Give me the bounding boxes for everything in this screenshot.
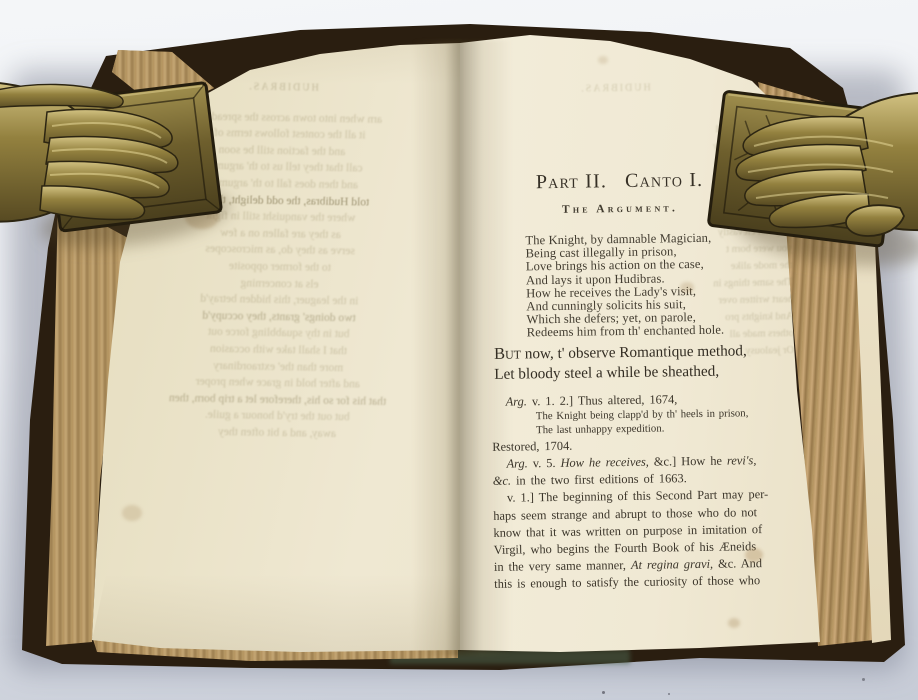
canto-line-rest: now, t' observe Romantique method, (521, 342, 747, 362)
hand-thumb (846, 205, 904, 236)
dust-speck (862, 678, 865, 681)
note-quote-italic: How he receives, (560, 455, 649, 470)
note-ref: Arg. (506, 394, 527, 408)
photo-open-antique-book: HUDIBRAS. arn when into town across the … (0, 0, 918, 700)
foxing-stain (745, 548, 763, 562)
foxing-stain (728, 618, 740, 628)
foxing-stain (598, 56, 608, 64)
canto-line: Let bloody steel a while be sheathed, (494, 361, 747, 384)
note-text: v. 5. (528, 456, 561, 470)
note-text: in the two first editions of 1663. (511, 471, 687, 487)
foxing-stain (122, 505, 142, 521)
note-text: &c.] How he (649, 454, 727, 469)
canto-opening-lines: But now, t' observe Romantique method, L… (494, 340, 747, 384)
note-text: v. 1. 2.] Thus altered, 1674, (527, 392, 678, 408)
drop-word: But (494, 343, 521, 362)
brass-hand-clip-left (0, 50, 252, 260)
brass-hand-clip-right (688, 58, 918, 273)
note-paragraph-line: this is enough to satisfy the curiosity … (494, 572, 796, 593)
note-word-italic: revi's, (727, 453, 757, 467)
note-ref: &c. (493, 474, 511, 488)
chapter-title-part: Part II. (536, 170, 608, 193)
hand-thumb (0, 84, 123, 109)
note-text: in the very same manner, (494, 558, 631, 574)
foxing-stain (680, 282, 694, 293)
dust-speck (602, 691, 605, 694)
dust-speck (668, 693, 670, 695)
footnotes: Arg. v. 1. 2.] Thus altered, 1674, The K… (492, 390, 797, 594)
latin-phrase-italic: At regina gravi, (631, 557, 713, 572)
verse-line: Redeems him from th' enchanted hole. (527, 324, 725, 340)
note-ref: Arg. (506, 456, 527, 470)
